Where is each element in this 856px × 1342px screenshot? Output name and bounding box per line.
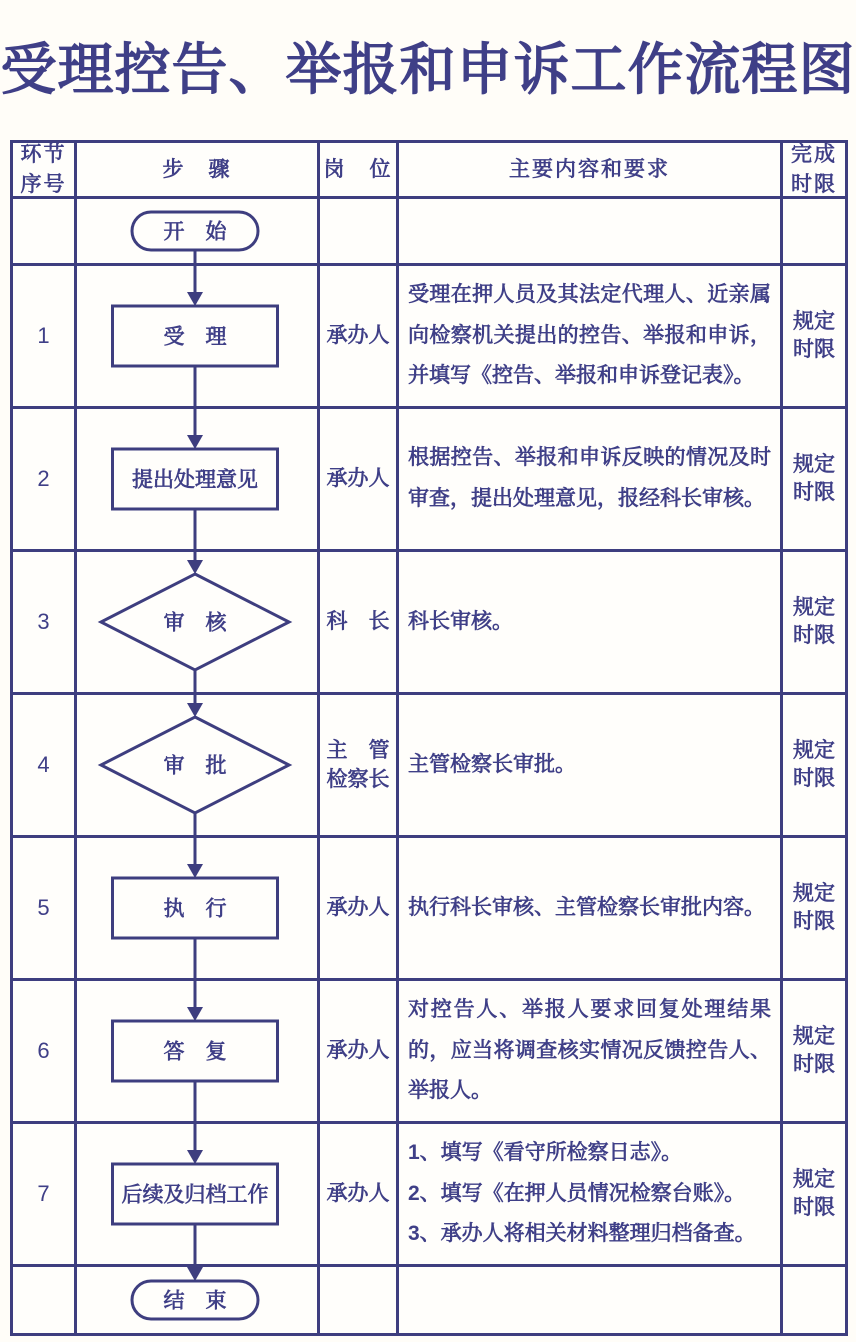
deadline-cell: 规定 时限 [783, 552, 845, 692]
flow-cell [77, 838, 317, 978]
column-header-post: 岗 位 [320, 143, 396, 196]
flow-cell [77, 1124, 317, 1264]
empty-cell [783, 1267, 845, 1333]
content-cell: 对控告人、举报人要求回复处理结果的，应当将调查核实情况反馈控告人、举报人。 [399, 981, 780, 1121]
content-text: 对控告人、举报人要求回复处理结果的，应当将调查核实情况反馈控告人、举报人。 [408, 990, 771, 1113]
empty-cell [320, 1267, 396, 1333]
post-cell: 承办人 [320, 266, 396, 406]
post-cell: 主 管 检察长 [320, 695, 396, 835]
content-text: 1、填写《看守所检察日志》。 2、填写《在押人员情况检察台账》。 3、承办人将相… [408, 1133, 771, 1256]
post-cell: 承办人 [320, 1124, 396, 1264]
empty-cell [320, 199, 396, 263]
deadline-cell: 规定 时限 [783, 838, 845, 978]
post-cell: 承办人 [320, 981, 396, 1121]
post-cell: 承办人 [320, 409, 396, 549]
content-text: 受理在押人员及其法定代理人、近亲属向检察机关提出的控告、举报和申诉，并填写《控告… [408, 275, 771, 398]
content-text: 主管检察长审批。 [408, 745, 771, 786]
content-cell: 1、填写《看守所检察日志》。 2、填写《在押人员情况检察台账》。 3、承办人将相… [399, 1124, 780, 1264]
column-header-step-number: 环节 序号 [13, 143, 74, 196]
empty-cell [399, 1267, 780, 1333]
empty-cell [783, 199, 845, 263]
row-number: 5 [13, 838, 74, 978]
post-cell: 承办人 [320, 838, 396, 978]
content-cell: 主管检察长审批。 [399, 695, 780, 835]
deadline-cell: 规定 时限 [783, 409, 845, 549]
content-cell: 执行科长审核、主管检察长审批内容。 [399, 838, 780, 978]
row-number: 3 [13, 552, 74, 692]
deadline-cell: 规定 时限 [783, 695, 845, 835]
content-text: 根据控告、举报和申诉反映的情况及时审查，提出处理意见，报经科长审核。 [408, 438, 771, 520]
flow-cell [77, 409, 317, 549]
content-cell: 科长审核。 [399, 552, 780, 692]
deadline-cell: 规定 时限 [783, 1124, 845, 1264]
flow-cell [77, 552, 317, 692]
page-title: 受理控告、举报和申诉工作流程图 [0, 26, 856, 106]
column-header-step: 步 骤 [77, 143, 317, 196]
flow-cell-end [77, 1267, 317, 1333]
content-cell: 受理在押人员及其法定代理人、近亲属向检察机关提出的控告、举报和申诉，并填写《控告… [399, 266, 780, 406]
row-number: 6 [13, 981, 74, 1121]
deadline-cell: 规定 时限 [783, 981, 845, 1121]
content-cell: 根据控告、举报和申诉反映的情况及时审查，提出处理意见，报经科长审核。 [399, 409, 780, 549]
process-table: 环节 序号 步 骤 岗 位 主要内容和要求 完成 时限 1 承办人 受理在押人员… [10, 140, 848, 1336]
flow-cell-start [77, 199, 317, 263]
flow-cell [77, 266, 317, 406]
empty-cell [13, 1267, 74, 1333]
empty-cell [13, 199, 74, 263]
column-header-content: 主要内容和要求 [399, 143, 780, 196]
row-number: 2 [13, 409, 74, 549]
row-number: 1 [13, 266, 74, 406]
content-text: 科长审核。 [408, 602, 771, 643]
empty-cell [399, 199, 780, 263]
row-number: 4 [13, 695, 74, 835]
flow-cell [77, 981, 317, 1121]
content-text: 执行科长审核、主管检察长审批内容。 [408, 888, 771, 929]
flow-cell [77, 695, 317, 835]
post-cell: 科 长 [320, 552, 396, 692]
row-number: 7 [13, 1124, 74, 1264]
deadline-cell: 规定 时限 [783, 266, 845, 406]
column-header-deadline: 完成 时限 [783, 143, 845, 196]
